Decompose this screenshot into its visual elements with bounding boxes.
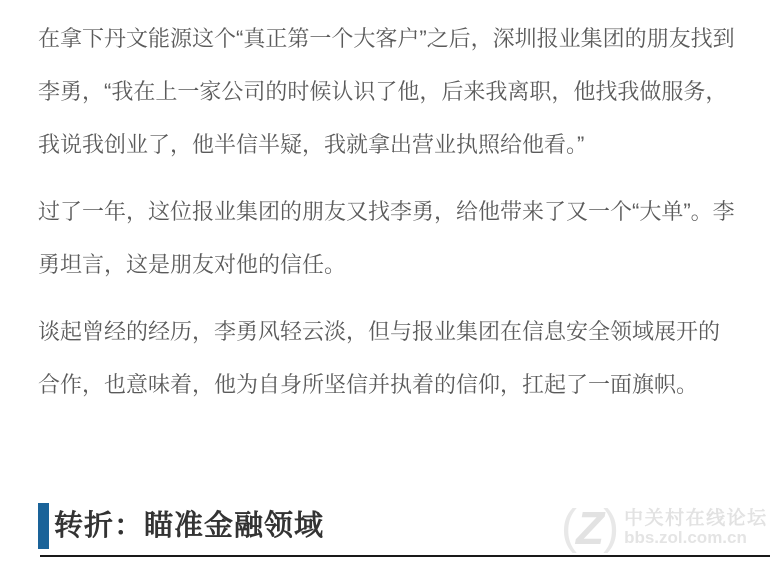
zol-logo-icon: (Z) [561, 504, 619, 552]
text-line: 谈起曾经的经历，李勇风轻云淡，但与报业集团在信息安全领域展开的 [38, 305, 743, 358]
section-heading-text: 转折：瞄准金融领域 [54, 503, 324, 549]
text-line: 勇坦言，这是朋友对他的信任。 [38, 238, 743, 291]
text-line: 李勇，“我在上一家公司的时候认识了他，后来我离职，他找我做服务， [38, 65, 743, 118]
watermark-site-url: bbs.zol.com.cn [624, 529, 768, 547]
watermark: (Z) 中关村在线论坛 bbs.zol.com.cn [561, 504, 768, 552]
watermark-site-name: 中关村在线论坛 [624, 509, 768, 529]
watermark-text: 中关村在线论坛 bbs.zol.com.cn [624, 509, 768, 547]
article-page: 在拿下丹文能源这个“真正第一个大客户”之后，深圳报业集团的朋友找到 李勇，“我在… [0, 0, 779, 583]
text-line: 过了一年，这位报业集团的朋友又找李勇，给他带来了又一个“大单”。李 [38, 185, 743, 238]
section-divider-line [40, 555, 770, 557]
paragraph-2: 过了一年，这位报业集团的朋友又找李勇，给他带来了又一个“大单”。李 勇坦言，这是… [38, 185, 743, 291]
paragraph-3: 谈起曾经的经历，李勇风轻云淡，但与报业集团在信息安全领域展开的 合作，也意味着，… [38, 305, 743, 411]
logo-right-arc: ) [603, 504, 619, 552]
text-line: 在拿下丹文能源这个“真正第一个大客户”之后，深圳报业集团的朋友找到 [38, 12, 743, 65]
paragraph-1: 在拿下丹文能源这个“真正第一个大客户”之后，深圳报业集团的朋友找到 李勇，“我在… [38, 12, 743, 171]
text-line: 我说我创业了，他半信半疑，我就拿出营业执照给他看。” [38, 118, 743, 171]
heading-accent-bar [38, 503, 49, 549]
logo-left-arc: ( [561, 504, 577, 552]
logo-letter: Z [576, 505, 604, 551]
text-line: 合作，也意味着，他为自身所坚信并执着的信仰，扛起了一面旗帜。 [38, 358, 743, 411]
article-body: 在拿下丹文能源这个“真正第一个大客户”之后，深圳报业集团的朋友找到 李勇，“我在… [0, 0, 779, 411]
